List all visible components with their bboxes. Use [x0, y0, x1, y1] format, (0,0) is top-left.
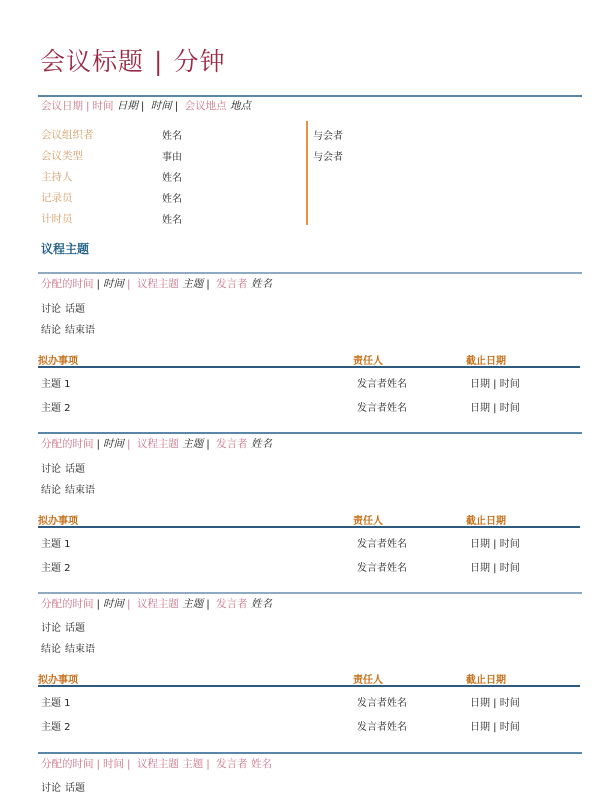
agenda-topic-value[interactable]: 主题 [182, 758, 203, 770]
allotted-time-value[interactable]: 时间 [103, 278, 124, 290]
person-responsible-header: 责任人 [353, 671, 383, 686]
action-item-cell[interactable]: 主题 1 [41, 694, 71, 709]
conclusion-value[interactable]: 结束语 [65, 485, 95, 496]
deadline-header: 截止日期 [466, 512, 506, 527]
deadline-header: 截止日期 [466, 352, 506, 367]
date-value[interactable]: 日期 [117, 100, 138, 112]
agenda-rule [38, 272, 582, 274]
deadline-cell[interactable]: 日期 | 时间 [470, 694, 520, 709]
action-table-rule [38, 685, 580, 687]
agenda-item-meta: 分配的时间|时间| 议程主题 主题| 发言者 姓名 [41, 276, 272, 291]
note-taker-value[interactable]: 姓名 [162, 190, 182, 205]
title-sub: 分钟 [173, 47, 225, 76]
organizer-label: 会议组织者 [41, 127, 94, 142]
title-separator: | [154, 47, 163, 76]
action-item-cell[interactable]: 主题 2 [41, 718, 71, 733]
deadline-cell[interactable]: 日期 | 时间 [470, 375, 520, 390]
person-responsible-header: 责任人 [353, 352, 383, 367]
action-table-rule [38, 366, 580, 368]
presenter-value[interactable]: 姓名 [251, 598, 272, 610]
meeting-meta-line: 会议日期|时间 日期| 时间| 会议地点 地点 [41, 98, 251, 113]
note-taker-label: 记录员 [41, 190, 73, 205]
action-item-cell[interactable]: 主题 1 [41, 535, 71, 550]
meeting-type-value[interactable]: 事由 [162, 148, 182, 163]
action-items-header: 拟办事项 [38, 671, 78, 686]
agenda-rule [38, 432, 582, 434]
person-cell[interactable]: 发言者姓名 [357, 718, 407, 733]
discussion-value[interactable]: 话题 [65, 623, 85, 634]
presenter-value[interactable]: 姓名 [251, 438, 272, 450]
person-cell[interactable]: 发言者姓名 [357, 399, 407, 414]
location-value[interactable]: 地点 [230, 100, 251, 112]
conclusion-line: 结论结束语 [41, 640, 95, 655]
deadline-cell[interactable]: 日期 | 时间 [470, 535, 520, 550]
discussion-line: 讨论话题 [41, 779, 85, 794]
deadline-cell[interactable]: 日期 | 时间 [470, 559, 520, 574]
title-main: 会议标题 [40, 47, 144, 76]
person-cell[interactable]: 发言者姓名 [357, 559, 407, 574]
meeting-type-label: 会议类型 [41, 148, 83, 163]
facilitator-value[interactable]: 姓名 [162, 169, 182, 184]
allotted-time-value[interactable]: 时间 [103, 438, 124, 450]
page-title: 会议标题|分钟 [40, 42, 225, 78]
agenda-heading: 议程主题 [41, 240, 89, 257]
action-items-header: 拟办事项 [38, 352, 78, 367]
discussion-value[interactable]: 话题 [65, 783, 85, 794]
deadline-header: 截止日期 [466, 671, 506, 686]
person-cell[interactable]: 发言者姓名 [357, 375, 407, 390]
time-label: 时间 [93, 100, 114, 112]
presenter-value[interactable]: 姓名 [251, 758, 272, 770]
date-label: 会议日期 [41, 100, 83, 112]
time-value[interactable]: 时间 [151, 100, 172, 112]
agenda-rule [38, 592, 582, 594]
agenda-item-meta: 分配的时间|时间| 议程主题 主题| 发言者 姓名 [41, 436, 272, 451]
conclusion-line: 结论结束语 [41, 481, 95, 496]
action-item-cell[interactable]: 主题 2 [41, 399, 71, 414]
agenda-rule [38, 752, 582, 754]
discussion-value[interactable]: 话题 [65, 304, 85, 315]
allotted-time-value[interactable]: 时间 [103, 598, 124, 610]
agenda-item-meta: 分配的时间|时间| 议程主题 主题| 发言者 姓名 [41, 756, 272, 771]
timekeeper-label: 计时员 [41, 211, 73, 226]
organizer-value[interactable]: 姓名 [162, 127, 182, 142]
person-cell[interactable]: 发言者姓名 [357, 694, 407, 709]
agenda-topic-value[interactable]: 主题 [182, 278, 203, 290]
deadline-cell[interactable]: 日期 | 时间 [470, 399, 520, 414]
deadline-cell[interactable]: 日期 | 时间 [470, 718, 520, 733]
presenter-value[interactable]: 姓名 [251, 278, 272, 290]
discussion-value[interactable]: 话题 [65, 464, 85, 475]
conclusion-value[interactable]: 结束语 [65, 325, 95, 336]
discussion-line: 讨论话题 [41, 460, 85, 475]
location-label: 会议地点 [185, 100, 227, 112]
person-responsible-header: 责任人 [353, 512, 383, 527]
discussion-line: 讨论话题 [41, 300, 85, 315]
person-cell[interactable]: 发言者姓名 [357, 535, 407, 550]
action-item-cell[interactable]: 主题 2 [41, 559, 71, 574]
attendee[interactable]: 与会者 [313, 127, 343, 142]
agenda-item-meta: 分配的时间|时间| 议程主题 主题| 发言者 姓名 [41, 596, 272, 611]
agenda-topic-value[interactable]: 主题 [182, 438, 203, 450]
conclusion-line: 结论结束语 [41, 321, 95, 336]
timekeeper-value[interactable]: 姓名 [162, 211, 182, 226]
meeting-minutes-page: 会议标题|分钟 会议日期|时间 日期| 时间| 会议地点 地点 会议组织者 姓名… [0, 0, 616, 800]
action-item-cell[interactable]: 主题 1 [41, 375, 71, 390]
action-items-header: 拟办事项 [38, 512, 78, 527]
allotted-time-value[interactable]: 时间 [103, 758, 124, 770]
discussion-line: 讨论话题 [41, 619, 85, 634]
header-rule [38, 95, 582, 97]
attendee[interactable]: 与会者 [313, 148, 343, 163]
attendees-divider [306, 121, 308, 225]
action-table-rule [38, 526, 580, 528]
facilitator-label: 主持人 [41, 169, 73, 184]
conclusion-value[interactable]: 结束语 [65, 644, 95, 655]
agenda-topic-value[interactable]: 主题 [182, 598, 203, 610]
